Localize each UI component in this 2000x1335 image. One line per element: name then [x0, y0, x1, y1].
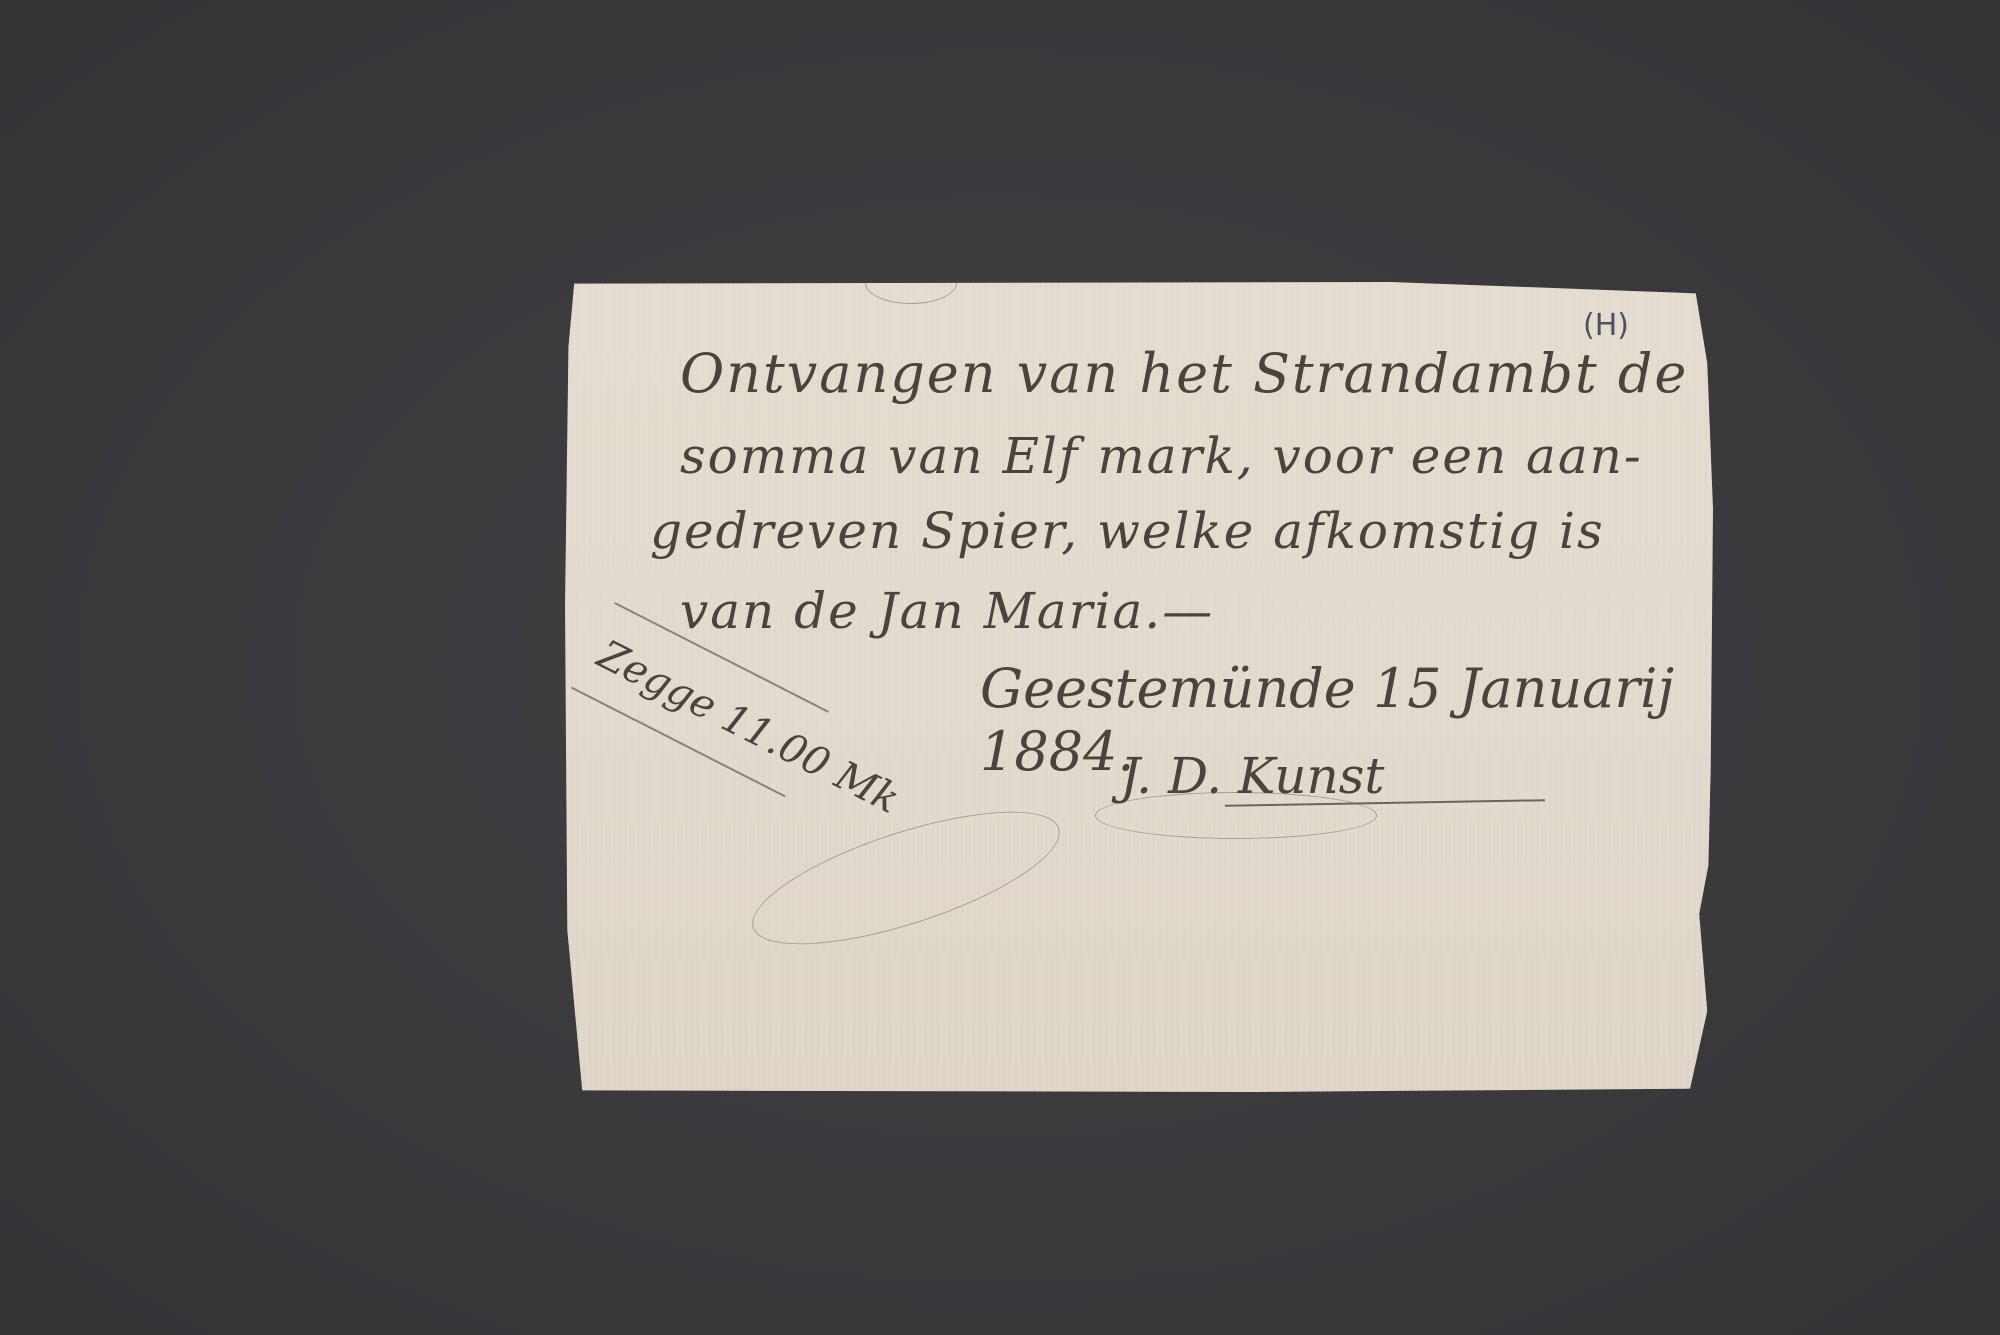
- signature-underline: [1225, 799, 1545, 807]
- archive-mark: (H): [1583, 308, 1629, 343]
- receipt-label: Zegge: [590, 631, 723, 729]
- divider: [571, 687, 786, 797]
- receipt-currency: Mk: [828, 752, 907, 823]
- receipt-amount-text: Zegge 11.00 Mk: [590, 631, 906, 822]
- ink-flourish: [1095, 792, 1377, 839]
- body-line-1: Ontvangen van het Strandambt de: [680, 342, 1688, 405]
- signature: J. D. Kunst: [1120, 747, 1384, 805]
- ink-flourish: [739, 784, 1074, 971]
- receipt-paper: (H) Ontvangen van het Strandambt de somm…: [565, 282, 1713, 1092]
- body-line-4: van de Jan Maria.—: [680, 582, 1214, 640]
- receipt-amount: 11.00: [714, 695, 837, 788]
- receipt-amount-note: Zegge 11.00 Mk: [574, 602, 820, 787]
- body-line-3: gedreven Spier, welke afkomstig is: [650, 502, 1605, 560]
- place-date: Geestemünde 15 Januarij 1884.: [980, 657, 1713, 783]
- divider: [614, 602, 829, 712]
- body-line-2: somma van Elf mark, voor een aan-: [680, 427, 1643, 485]
